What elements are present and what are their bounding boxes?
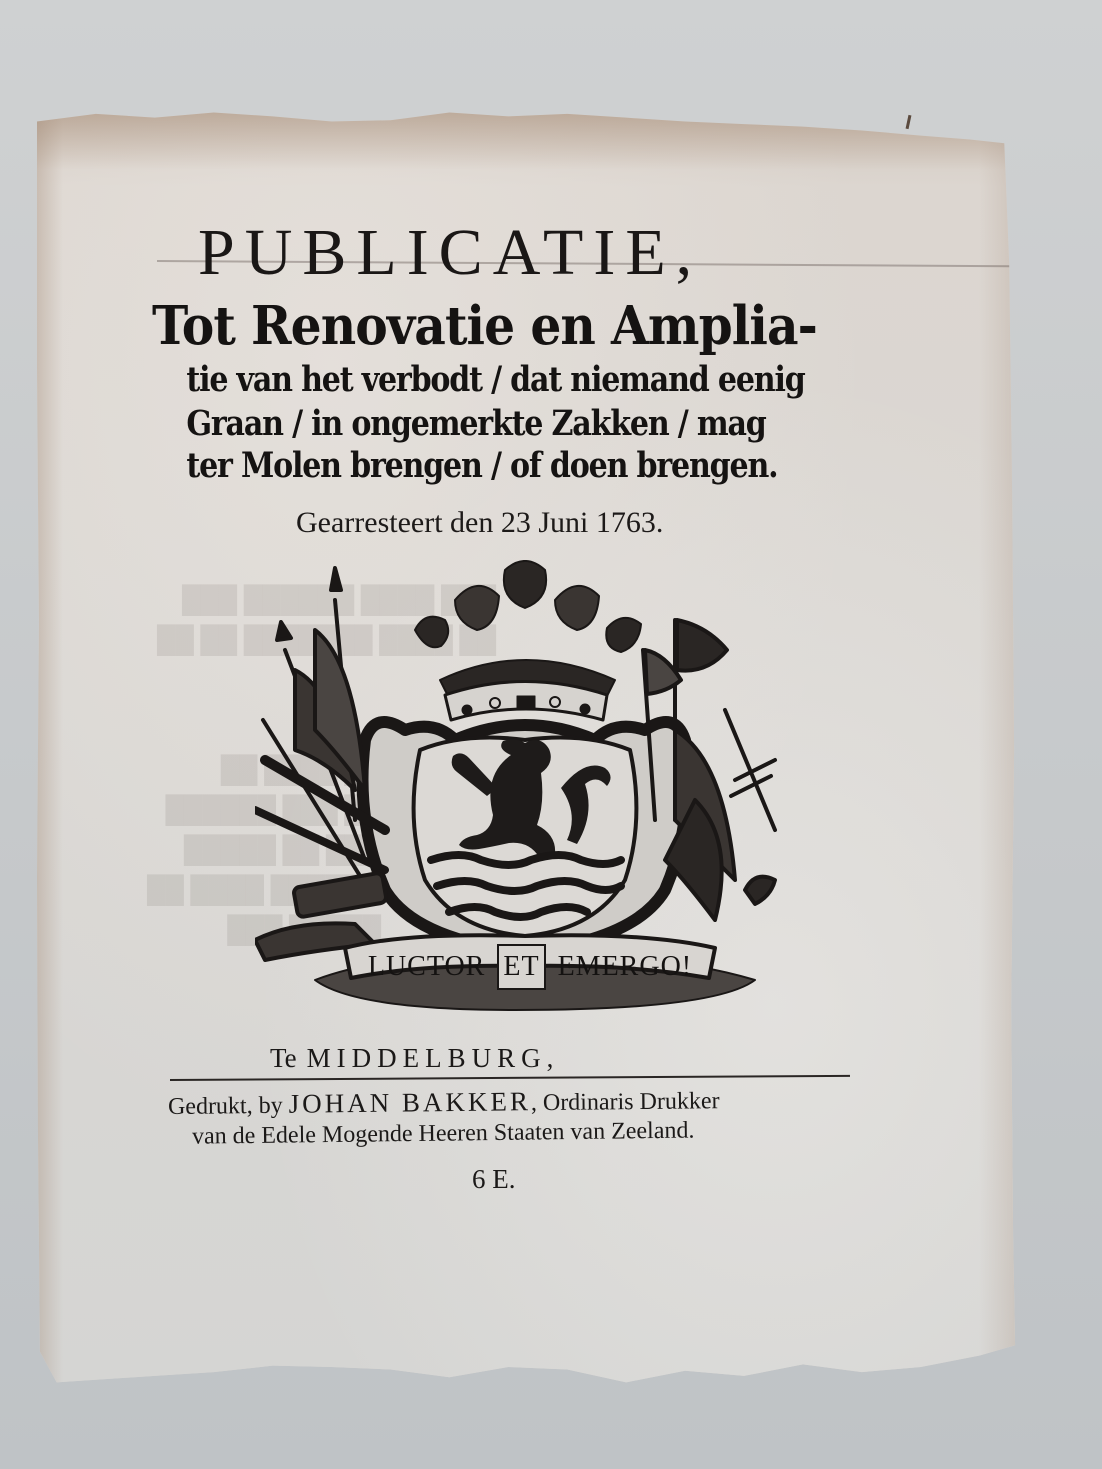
crown-icon	[415, 561, 641, 720]
printer-name: JOHAN BAKKER	[288, 1086, 531, 1119]
motto-word-3: EMERGO!	[558, 946, 693, 988]
motto-ribbon: LUCTOR ET EMERGO!	[340, 944, 720, 986]
place-prefix: Te	[270, 1043, 297, 1073]
document-content: PUBLICATIE, Tot Renovatie en Amplia- tie…	[0, 0, 1102, 1469]
subtitle-line-4: ter Molen brengen / of doen brengen.	[152, 444, 771, 488]
place-line: TeMIDDELBURG,	[270, 1040, 690, 1076]
motto-word-1: LUCTOR	[368, 946, 486, 988]
subtitle-line-2: tie van het verbodt / dat niemand eenig	[152, 358, 771, 402]
motto-word-2: ET	[497, 944, 545, 990]
imprint-pre: Gedrukt, by	[168, 1093, 289, 1120]
place-city: MIDDELBURG,	[307, 1043, 560, 1073]
signature-mark: 6 E.	[472, 1162, 516, 1196]
imprint-post: , Ordinaris Drukker	[531, 1088, 720, 1116]
date-line: Gearresteert den 23 Juni 1763.	[296, 505, 663, 541]
subtitle-line-3: Graan / in ongemerkte Zakken / mag	[152, 402, 771, 446]
imprint: Gedrukt, by JOHAN BAKKER, Ordinaris Druk…	[168, 1090, 868, 1152]
subtitle-line-1: Tot Renovatie en Amplia-	[152, 294, 814, 358]
document-subtitle: Tot Renovatie en Amplia- tie van het ver…	[152, 294, 872, 488]
document-title: PUBLICATIE,	[198, 218, 798, 288]
